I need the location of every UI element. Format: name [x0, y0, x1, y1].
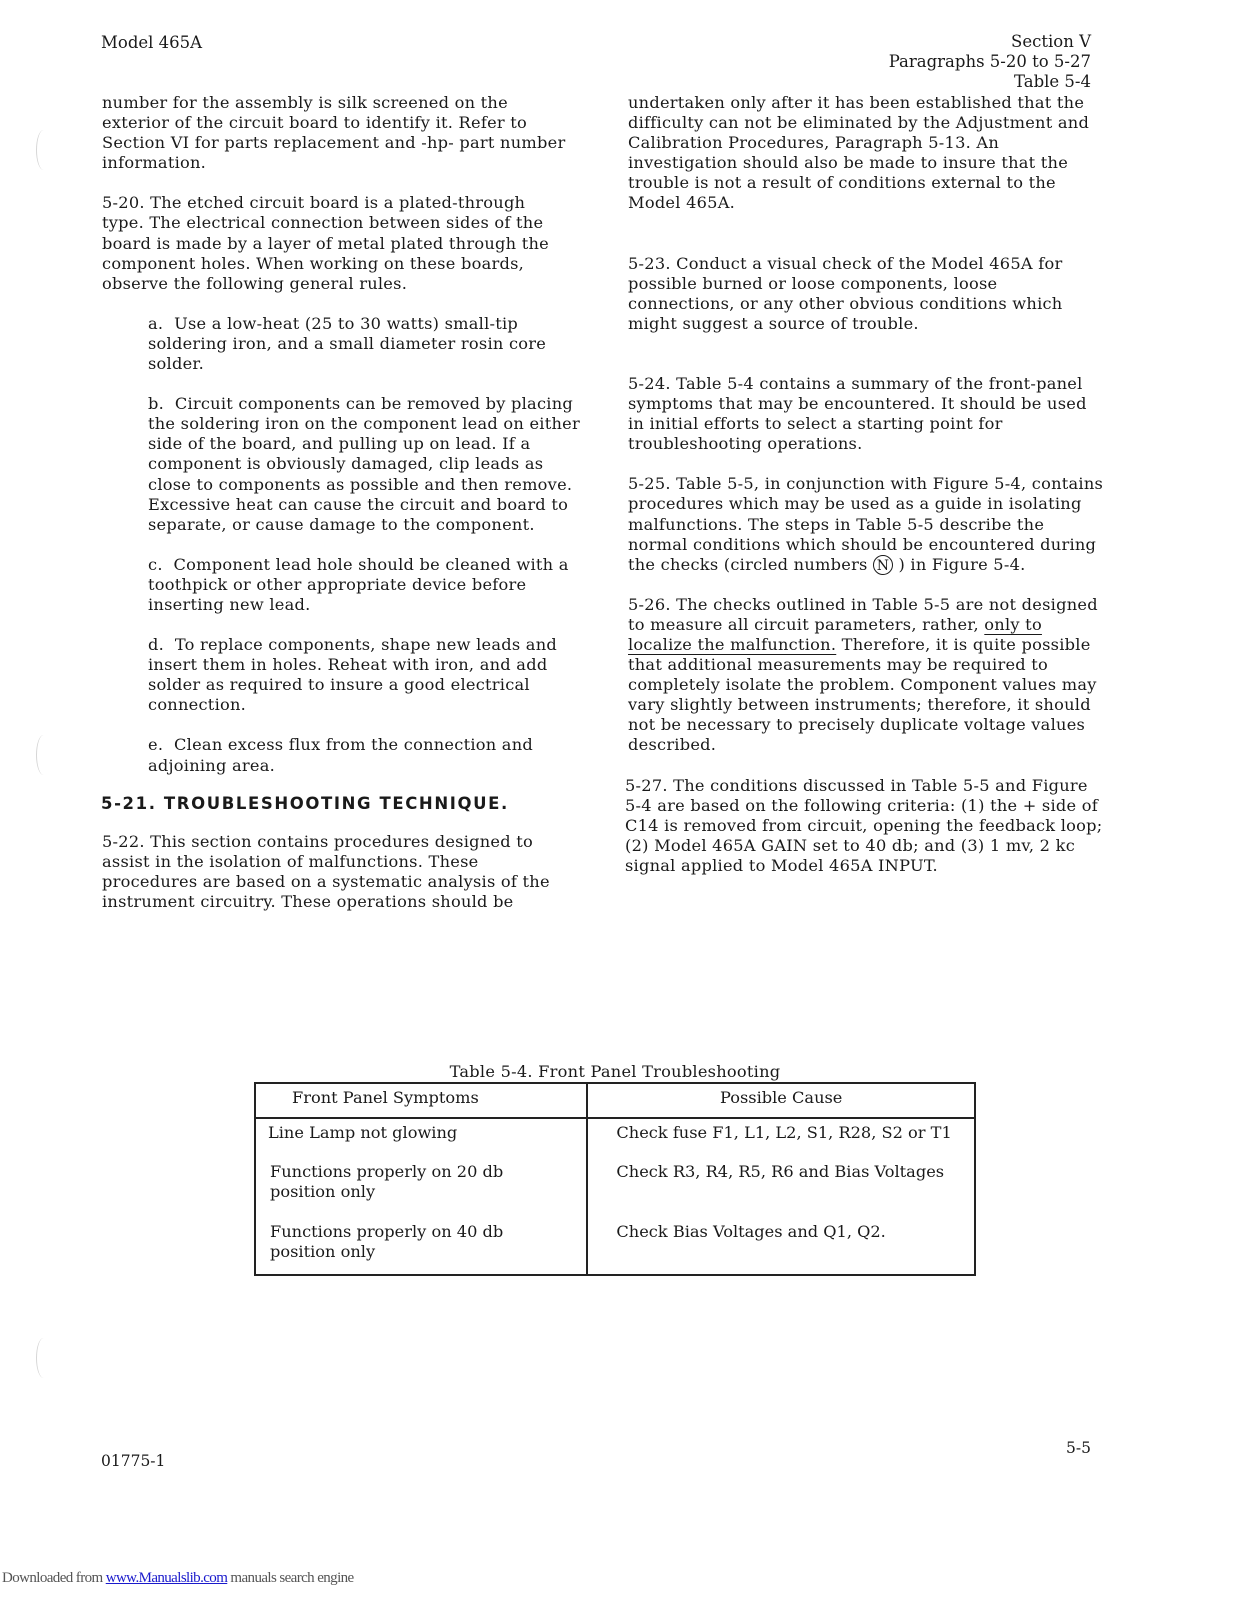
- rule-label: a.: [148, 314, 163, 333]
- rule-text: Circuit components can be removed by pla…: [148, 394, 580, 534]
- manualslib-link[interactable]: www.Manualslib.com: [106, 1570, 228, 1586]
- rule-text: To replace components, shape new leads a…: [148, 635, 557, 714]
- table-row: Functions properly on 20 db position onl…: [256, 1158, 974, 1218]
- table-row: Functions properly on 40 db position onl…: [256, 1218, 974, 1274]
- column-header-symptoms: Front Panel Symptoms: [256, 1084, 587, 1118]
- rule-label: d.: [148, 635, 164, 654]
- paragraph-5-23: 5-23. Conduct a visual check of the Mode…: [628, 254, 1104, 334]
- section-heading-5-21: 5-21. TROUBLESHOOTING TECHNIQUE.: [101, 794, 570, 814]
- paragraph-5-24: 5-24. Table 5-4 contains a summary of th…: [628, 374, 1104, 454]
- header-section: Section V: [889, 32, 1091, 52]
- header-table: Table 5-4: [889, 72, 1091, 92]
- rule-label: c.: [148, 555, 163, 574]
- paragraph-5-25: 5-25. Table 5-5, in conjunction with Fig…: [628, 474, 1104, 574]
- download-notice: Downloaded from www.Manualslib.com manua…: [2, 1570, 354, 1587]
- paragraph-5-22: 5-22. This section contains procedures d…: [102, 832, 570, 912]
- download-suffix: manuals search engine: [227, 1570, 353, 1586]
- rule-d: d. To replace components, shape new lead…: [148, 635, 588, 715]
- symptom-cell: Functions properly on 20 db position onl…: [256, 1158, 587, 1218]
- rule-label: b.: [148, 394, 164, 413]
- page-number: 5-5: [1066, 1438, 1091, 1458]
- paragraph-5-26: 5-26. The checks outlined in Table 5-5 a…: [628, 595, 1104, 756]
- rule-label: e.: [148, 735, 163, 754]
- binding-mark: [36, 130, 51, 170]
- rule-a: a. Use a low-heat (25 to 30 watts) small…: [148, 314, 588, 374]
- table-5-4: Front Panel Symptoms Possible Cause Line…: [254, 1082, 976, 1276]
- table-caption: Table 5-4. Front Panel Troubleshooting: [254, 1062, 976, 1082]
- symptom-cell: Line Lamp not glowing: [256, 1118, 587, 1158]
- paragraph-5-25-end: ) in Figure 5-4.: [898, 555, 1025, 574]
- rule-b: b. Circuit components can be removed by …: [148, 394, 588, 535]
- symptom-cell: Functions properly on 40 db position onl…: [256, 1218, 587, 1274]
- header-paragraphs: Paragraphs 5-20 to 5-27: [889, 52, 1091, 72]
- rule-text: Clean excess flux from the connection an…: [148, 735, 533, 774]
- paragraph-5-27: 5-27. The conditions discussed in Table …: [625, 776, 1104, 876]
- paragraph-intro: number for the assembly is silk screened…: [102, 93, 570, 173]
- right-column: undertaken only after it has been establ…: [628, 93, 1104, 876]
- cause-cell: Check fuse F1, L1, L2, S1, R28, S2 or T1: [587, 1118, 974, 1158]
- left-column: number for the assembly is silk screened…: [102, 93, 570, 912]
- paragraph-continuation: undertaken only after it has been establ…: [628, 93, 1104, 214]
- header-model: Model 465A: [101, 33, 202, 53]
- document-number: 01775-1: [101, 1451, 165, 1471]
- table-header-row: Front Panel Symptoms Possible Cause: [256, 1084, 974, 1118]
- binding-mark: [36, 735, 51, 775]
- rule-c: c. Component lead hole should be cleaned…: [148, 555, 588, 615]
- header-section-info: Section V Paragraphs 5-20 to 5-27 Table …: [889, 32, 1091, 92]
- cause-cell: Check R3, R4, R5, R6 and Bias Voltages: [587, 1158, 974, 1218]
- table-row: Line Lamp not glowing Check fuse F1, L1,…: [256, 1118, 974, 1158]
- rules-list: a. Use a low-heat (25 to 30 watts) small…: [148, 314, 588, 776]
- circled-n-icon: N: [873, 555, 893, 575]
- rule-text: Use a low-heat (25 to 30 watts) small-ti…: [148, 314, 546, 373]
- rule-text: Component lead hole should be cleaned wi…: [148, 555, 569, 614]
- column-header-cause: Possible Cause: [587, 1084, 974, 1118]
- cause-cell: Check Bias Voltages and Q1, Q2.: [587, 1218, 974, 1274]
- paragraph-5-20: 5-20. The etched circuit board is a plat…: [102, 193, 570, 293]
- binding-mark: [36, 1338, 51, 1378]
- paragraph-5-25-text: 5-25. Table 5-5, in conjunction with Fig…: [628, 474, 1103, 573]
- troubleshooting-table: Front Panel Symptoms Possible Cause Line…: [256, 1084, 974, 1274]
- rule-e: e. Clean excess flux from the connection…: [148, 735, 588, 775]
- download-prefix: Downloaded from: [2, 1570, 106, 1586]
